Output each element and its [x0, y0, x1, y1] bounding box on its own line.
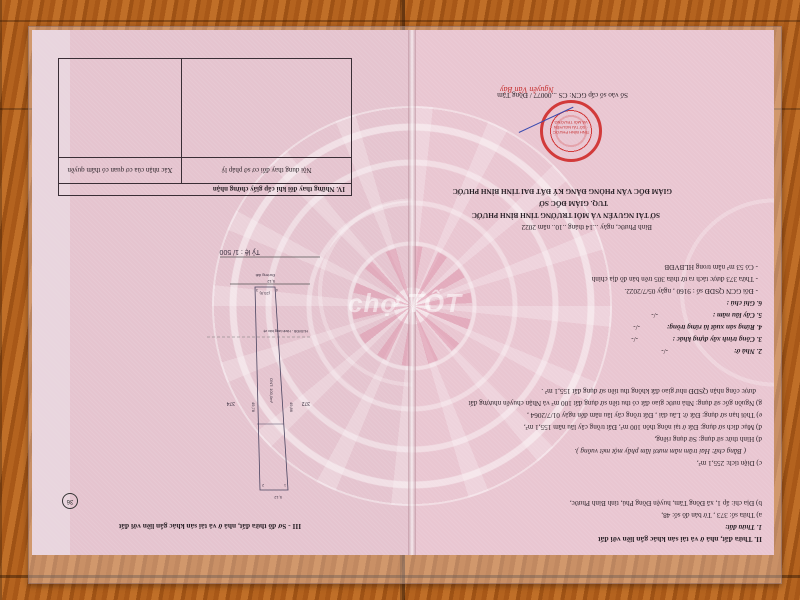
authority-line: TUQ. GIÁM ĐỐC SỞ	[539, 198, 608, 208]
item-label: 5. Cây lâu năm :	[713, 310, 762, 320]
authority-line: GIÁM ĐỐC VĂN PHÒNG ĐĂNG KÝ ĐẤT ĐAI TỈNH …	[453, 186, 672, 196]
parcel-sketch: Tỷ lệ : 1/ 500 Đường đất HLBVĐB - Hành l…	[150, 232, 370, 502]
authority-line: SỞ TÀI NGUYÊN VÀ MÔI TRƯỜNG TỈNH BÌNH PH…	[472, 210, 660, 220]
land-line: c) Diện tích: 255,1 m²,	[697, 458, 762, 468]
land-line: ( Bằng chữ: Hai trăm năm mươi lăm phẩy m…	[574, 446, 746, 456]
signer-name: Nguyễn Văn Bảy	[500, 85, 554, 94]
item-label: 2. Nhà ở:	[734, 346, 762, 356]
land-line: e) Thời hạn sử dụng: Đất ở: Lâu dài , Đấ…	[527, 410, 762, 420]
edge-length: 5,12	[273, 495, 282, 500]
notes-heading: 6. Ghi chú :	[726, 298, 762, 308]
edge-length: 49,78	[251, 402, 256, 413]
note-line: - Đổi GCN QSDĐ số : 9160 , ngày 05/7/202…	[624, 286, 758, 296]
table-cell	[59, 59, 182, 158]
item-label: 3. Công trình xây dựng khác :	[672, 334, 762, 344]
floor-joint	[0, 20, 800, 22]
item-value: -/-	[633, 322, 640, 332]
cho-tot-watermark: chợ TỐT	[348, 288, 462, 319]
scale-label: Tỷ lệ : 1/ 500	[219, 248, 260, 255]
section-iv-title: IV. Những thay đổi khi cấp giấy chứng nh…	[59, 184, 352, 196]
point-label: 1	[284, 483, 286, 487]
point-label: 2	[262, 483, 264, 487]
item-value: -/-	[661, 346, 668, 356]
point-label: 3	[256, 288, 258, 292]
edge-length: 49,86	[289, 402, 294, 413]
land-heading: 1. Thửa đất:	[725, 522, 762, 532]
land-line: đ) Mục đích sử dụng: Đất ở tại nông thôn…	[524, 422, 762, 432]
table-header: Nội dung thay đổi cơ sở pháp lý	[182, 158, 352, 184]
neighbor-parcel: 372	[301, 400, 310, 406]
corridor-label: HLBVĐB - Hành lang bảo vệ	[263, 329, 308, 333]
item-value: -/-	[631, 334, 638, 344]
edge-length: (23,9)	[259, 291, 270, 296]
note-line: - Có 53 m² nằm trong HLBVĐB	[664, 262, 758, 272]
note-line: - Thửa 373 được tách ra từ thửa 305 trên…	[592, 274, 758, 284]
parcel-label: ONT: 100,0m²	[269, 378, 274, 404]
point-label: 4	[276, 288, 278, 292]
neighbor-parcel: 374	[226, 400, 235, 406]
land-line: d) Hình thức sử dụng: Sử dụng riêng,	[654, 434, 762, 444]
land-line: b) Địa chỉ: ấp 1, xã Đồng Tâm, huyện Đồn…	[570, 498, 762, 508]
page-marker: 36	[62, 493, 78, 509]
land-line: được công nhận QSDĐ như giao đất không t…	[541, 386, 756, 396]
edge-length: 5,12	[266, 279, 275, 284]
land-line: a) Thửa số: 373 , Tờ bản đồ số: 48,	[661, 510, 762, 520]
place-date: Bình Phước, ngày ...14 tháng ..10.. năm …	[522, 222, 652, 232]
changes-table: IV. Những thay đổi khi cấp giấy chứng nh…	[58, 58, 352, 196]
item-label: 4. Rừng sản xuất là rừng trồng:	[667, 322, 762, 332]
table-cell	[182, 59, 352, 158]
section-ii-title: II. Thửa đất, nhà ở và tài sản khác gắn …	[598, 534, 762, 544]
section-iii-title: III - Sơ đồ thửa đất, nhà ở và tài sản k…	[60, 522, 360, 531]
table-header: Xác nhận của cơ quan có thẩm quyền	[59, 158, 182, 184]
road-label: Đường đất	[255, 273, 275, 278]
item-value: -/-	[651, 310, 658, 320]
land-line: g) Nguồn gốc sử dụng: Nhà nước giao đất …	[469, 398, 762, 408]
